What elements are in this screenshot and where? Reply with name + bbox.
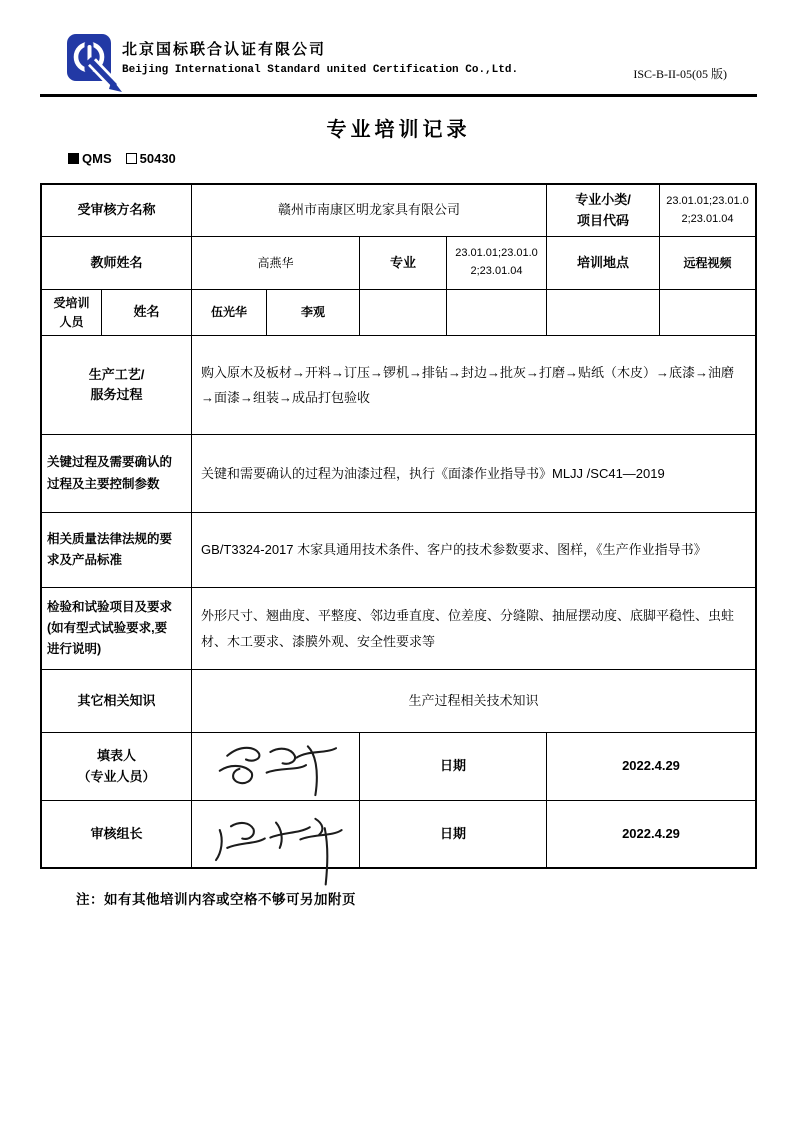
table-row-inspection: 检验和试验项目及要求 (如有型式试验要求,要 进行说明) 外形尺寸、翘曲度、平整…	[42, 588, 755, 670]
audit-leader-signature	[192, 801, 360, 867]
audited-party-value: 赣州市南康区明龙家具有限公司	[192, 185, 547, 236]
inspection-value: 外形尺寸、翘曲度、平整度、邻边垂直度、位差度、分缝隙、抽屉摆动度、底脚平稳性、虫…	[192, 588, 755, 669]
document-header: 北京国标联合认证有限公司 Beijing International Stand…	[40, 30, 757, 97]
document-code: ISC-B-II-05(05 版)	[633, 65, 727, 82]
trainee-empty-cell	[447, 290, 547, 335]
major-value: 23.01.01;23.01.02;23.01.04	[447, 237, 547, 289]
other-knowledge-label: 其它相关知识	[42, 670, 192, 732]
regulations-label: 相关质量法律法规的要 求及产品标准	[42, 513, 192, 587]
process-label: 生产工艺/ 服务过程	[42, 336, 192, 434]
trainee-empty-cell	[547, 290, 660, 335]
signature-wu-guanghua-icon	[201, 804, 351, 888]
trainees-label: 受培训 人员	[42, 290, 102, 335]
category-code-label: 专业小类/ 项目代码	[547, 185, 660, 236]
table-row-teacher: 教师姓名 高燕华 专业 23.01.01;23.01.02;23.01.04 培…	[42, 237, 755, 290]
audit-leader-label: 审核组长	[42, 801, 192, 867]
signature-gao-yanhua-icon	[201, 736, 351, 798]
qms-checkbox-label: QMS	[82, 151, 112, 166]
table-row-trainees: 受培训 人员 姓名 伍光华 李观	[42, 290, 755, 336]
company-name-cn: 北京国标联合认证有限公司	[122, 38, 326, 59]
table-row-regulations: 相关质量法律法规的要 求及产品标准 GB/T3324-2017 木家具通用技术条…	[42, 513, 755, 588]
company-name-en: Beijing International Standard united Ce…	[122, 64, 518, 76]
teacher-name-label: 教师姓名	[42, 237, 192, 289]
major-label: 专业	[360, 237, 447, 289]
document-page: 北京国标联合认证有限公司 Beijing International Stand…	[0, 0, 794, 1122]
table-row-process: 生产工艺/ 服务过程 购入原木及板材→开料→订压→锣机→排钻→封边→批灰→打磨→…	[42, 336, 755, 435]
trainee-empty-cell	[360, 290, 447, 335]
audit-leader-date-label: 日期	[360, 801, 547, 867]
footer-note: 注：如有其他培训内容或空格不够可另加附页	[40, 888, 757, 908]
table-row-audited-party: 受审核方名称 赣州市南康区明龙家具有限公司 专业小类/ 项目代码 23.01.0…	[42, 185, 755, 237]
audit-leader-date-value: 2022.4.29	[547, 801, 755, 867]
scheme-checkline: QMS 50430	[68, 151, 757, 166]
audited-party-label: 受审核方名称	[42, 185, 192, 236]
table-row-other-knowledge: 其它相关知识 生产过程相关技术知识	[42, 670, 755, 733]
trainee-name-2: 李观	[267, 290, 360, 335]
table-row-form-filler: 填表人 （专业人员） 日期 2022.4.29	[42, 733, 755, 801]
code50430-checkbox-unchecked	[126, 153, 137, 164]
table-row-audit-leader: 审核组长 日期 2022.4.29	[42, 801, 755, 867]
process-value: 购入原木及板材→开料→订压→锣机→排钻→封边→批灰→打磨→贴纸（木皮）→底漆→油…	[192, 336, 755, 434]
code50430-checkbox-label: 50430	[140, 151, 176, 166]
qms-checkbox-checked	[68, 153, 79, 164]
page-title: 专业培训记录	[40, 113, 757, 142]
trainees-name-label: 姓名	[102, 290, 192, 335]
trainee-empty-cell	[660, 290, 755, 335]
form-filler-signature	[192, 733, 360, 800]
key-process-value: 关键和需要确认的过程为油漆过程，执行《面漆作业指导书》MLJJ /SC41—20…	[192, 435, 755, 512]
bisc-certification-logo-icon	[66, 32, 122, 96]
form-filler-date-value: 2022.4.29	[547, 733, 755, 800]
category-code-value: 23.01.01;23.01.02;23.01.04	[660, 185, 755, 236]
trainee-name-1: 伍光华	[192, 290, 267, 335]
other-knowledge-value: 生产过程相关技术知识	[192, 670, 755, 732]
teacher-name-value: 高燕华	[192, 237, 360, 289]
form-filler-label: 填表人 （专业人员）	[42, 733, 192, 800]
table-row-key-process: 关键过程及需要确认的 过程及主要控制参数 关键和需要确认的过程为油漆过程，执行《…	[42, 435, 755, 513]
regulations-value: GB/T3324-2017 木家具通用技术条件、客户的技术参数要求、图样，《生产…	[192, 513, 755, 587]
training-location-label: 培训地点	[547, 237, 660, 289]
training-record-table: 受审核方名称 赣州市南康区明龙家具有限公司 专业小类/ 项目代码 23.01.0…	[40, 183, 757, 869]
form-filler-date-label: 日期	[360, 733, 547, 800]
training-location-value: 远程视频	[660, 237, 755, 289]
key-process-label: 关键过程及需要确认的 过程及主要控制参数	[42, 435, 192, 512]
inspection-label: 检验和试验项目及要求 (如有型式试验要求,要 进行说明)	[42, 588, 192, 669]
